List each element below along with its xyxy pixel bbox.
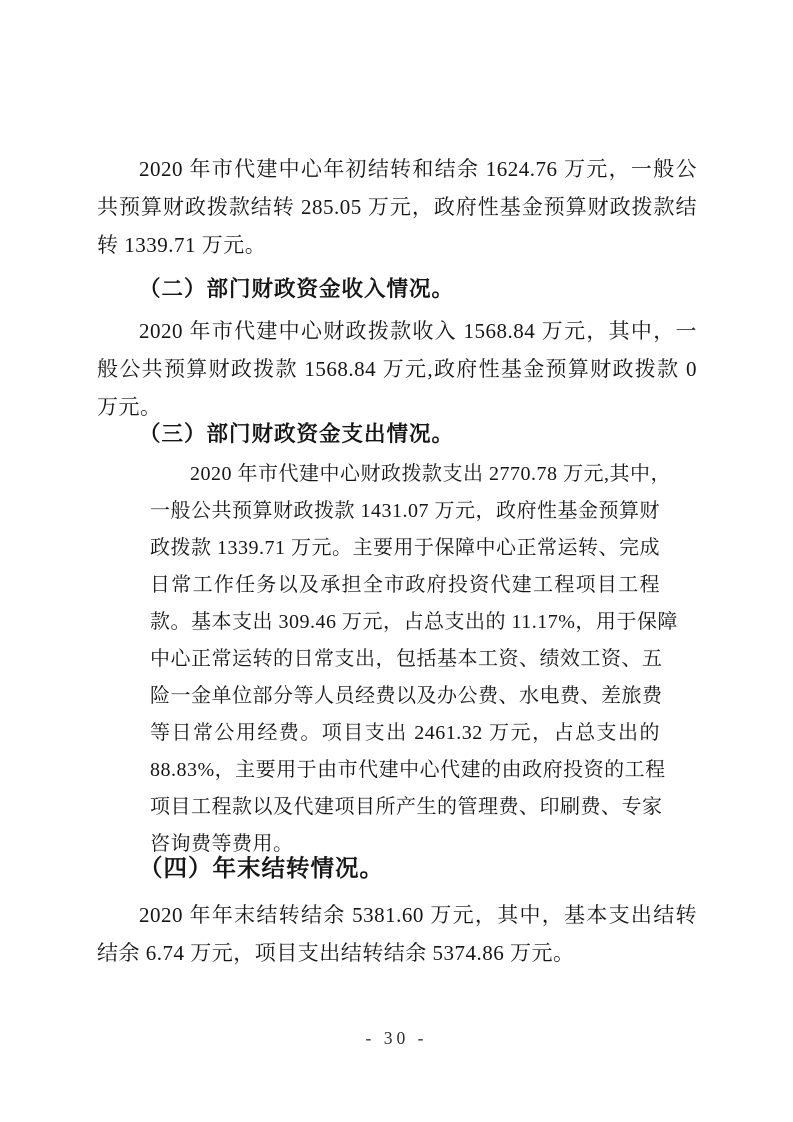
paragraph-yearend-carryover: 2020 年年末结转结余 5381.60 万元，其中，基本支出结转 结余 6.7… (97, 896, 697, 972)
section-heading-expenditure: （三）部门财政资金支出情况。 (97, 419, 697, 449)
text-line: 项目工程款以及代建项目所产生的管理费、印刷费、专家 (150, 789, 660, 826)
paragraph-expenditure: 2020 年市代建中心财政拨款支出 2770.78 万元,其中， 一般公共预算财… (150, 456, 660, 863)
section-heading-income: （二）部门财政资金收入情况。 (97, 274, 697, 304)
text-line: 2020 年市代建中心财政拨款收入 1568.84 万元，其中，一 (97, 312, 697, 350)
text-line: 般公共预算财政拨款 1568.84 万元,政府性基金预算财政拨款 0 (97, 350, 697, 388)
paragraph-opening-balance: 2020 年市代建中心年初结转和结余 1624.76 万元，一般公 共预算财政拨… (97, 150, 697, 264)
text-line: 2020 年年末结转结余 5381.60 万元，其中，基本支出结转 (97, 896, 697, 934)
page-number: - 30 - (0, 1028, 793, 1049)
text-line: 2020 年市代建中心年初结转和结余 1624.76 万元，一般公 (97, 150, 697, 188)
text-line: 中心正常运转的日常支出，包括基本工资、绩效工资、五 (150, 641, 660, 678)
text-line: 款。基本支出 309.46 万元，占总支出的 11.17%，用于保障 (150, 604, 660, 641)
text-line: 转 1339.71 万元。 (97, 226, 697, 264)
text-line: 2020 年市代建中心财政拨款支出 2770.78 万元,其中， (150, 456, 660, 493)
text-line: 等日常公用经费。项目支出 2461.32 万元，占总支出的 (150, 715, 660, 752)
text-line: 一般公共预算财政拨款 1431.07 万元，政府性基金预算财 (150, 493, 660, 530)
paragraph-income: 2020 年市代建中心财政拨款收入 1568.84 万元，其中，一 般公共预算财… (97, 312, 697, 426)
text-line: 88.83%，主要用于由市代建中心代建的由政府投资的工程 (150, 752, 660, 789)
section-heading-yearend-carryover: （四）年末结转情况。 (97, 854, 697, 884)
text-line: 险一金单位部分等人员经费以及办公费、水电费、差旅费 (150, 678, 660, 715)
text-line: 结余 6.74 万元，项目支出结转结余 5374.86 万元。 (97, 934, 697, 972)
text-line: 共预算财政拨款结转 285.05 万元，政府性基金预算财政拨款结 (97, 188, 697, 226)
text-line: 日常工作任务以及承担全市政府投资代建工程项目工程 (150, 567, 660, 604)
text-line: 政拨款 1339.71 万元。主要用于保障中心正常运转、完成 (150, 530, 660, 567)
document-page: 2020 年市代建中心年初结转和结余 1624.76 万元，一般公 共预算财政拨… (0, 0, 793, 1122)
